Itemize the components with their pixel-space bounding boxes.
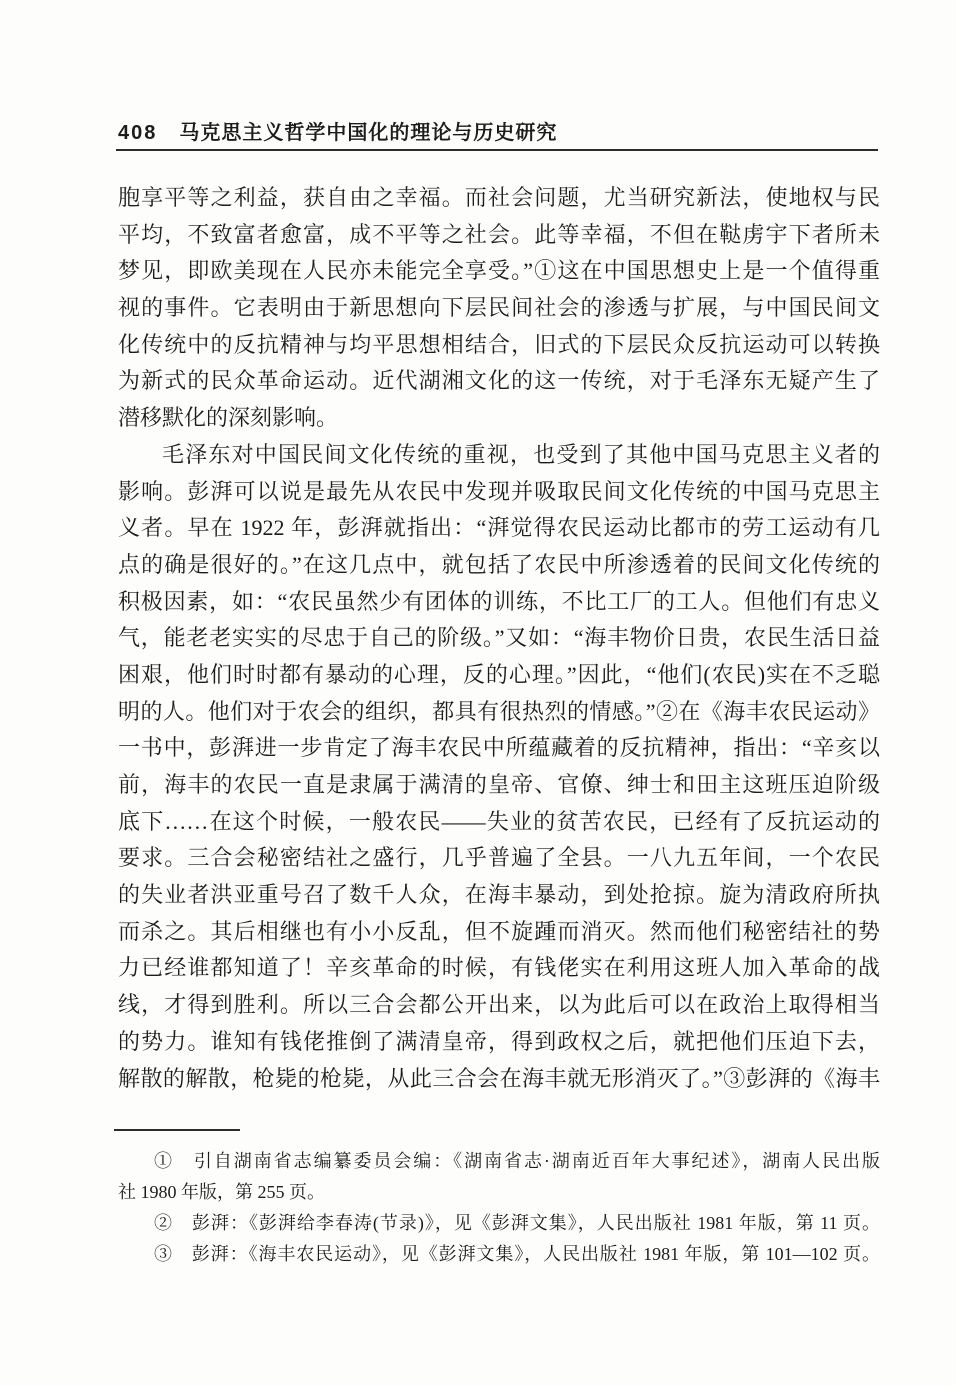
body-text-line: 毛泽东对中国民间文化传统的重视，也受到了其他中国马克思主义者的 bbox=[118, 437, 880, 474]
body-text-line: 梦见，即欧美现在人民亦未能完全享受。”①这在中国思想史上是一个值得重 bbox=[118, 253, 880, 290]
body-text: 胞享平等之利益，获自由之幸福。而社会问题，尤当研究新法，使地权与民 平均，不致富… bbox=[118, 180, 880, 1097]
body-text-line: 前，海丰的农民一直是隶属于满清的皇帝、官僚、绅士和田主这班压迫阶级 bbox=[118, 767, 880, 804]
footnote-line: ① 引自湖南省志编纂委员会编：《湖南省志·湖南近百年大事纪述》，湖南人民出版 bbox=[118, 1146, 880, 1177]
footnote-line: ② 彭湃：《彭湃给李春涛(节录)》，见《彭湃文集》，人民出版社 1981 年版，… bbox=[118, 1208, 880, 1239]
body-text-line: 明的人。他们对于农会的组织，都具有很热烈的情感。”②在《海丰农民运动》 bbox=[118, 694, 880, 731]
body-text-line: 要求。三合会秘密结社之盛行，几乎普遍了全县。一八九五年间，一个农民 bbox=[118, 840, 880, 877]
body-text-line: 线，才得到胜利。所以三合会都公开出来，以为此后可以在政治上取得相当 bbox=[118, 987, 880, 1024]
body-text-line: 潜移默化的深刻影响。 bbox=[118, 400, 880, 437]
header-divider bbox=[116, 149, 878, 151]
body-text-line: 化传统中的反抗精神与均平思想相结合，旧式的下层民众反抗运动可以转换 bbox=[118, 327, 880, 364]
footnote-divider bbox=[114, 1129, 240, 1131]
page-number: 408 bbox=[118, 122, 157, 145]
running-header: 408 马克思主义哲学中国化的理论与历史研究 bbox=[118, 116, 880, 145]
body-text-line: 气，能老老实实的尽忠于自己的阶级。”又如：“海丰物价日贵，农民生活日益 bbox=[118, 620, 880, 657]
body-text-line: 解散的解散，枪毙的枪毙，从此三合会在海丰就无形消灭了。”③彭湃的《海丰 bbox=[118, 1061, 880, 1098]
book-title: 马克思主义哲学中国化的理论与历史研究 bbox=[179, 116, 557, 145]
body-text-line: 平均，不致富者愈富，成不平等之社会。此等幸福，不但在鞑虏宇下者所未 bbox=[118, 217, 880, 254]
body-text-line: 一书中，彭湃进一步肯定了海丰农民中所蕴藏着的反抗精神，指出：“辛亥以 bbox=[118, 730, 880, 767]
body-text-line: 胞享平等之利益，获自由之幸福。而社会问题，尤当研究新法，使地权与民 bbox=[118, 180, 880, 217]
book-page: 408 马克思主义哲学中国化的理论与历史研究 胞享平等之利益，获自由之幸福。而社… bbox=[0, 0, 956, 1385]
body-text-line: 影响。彭湃可以说是最先从农民中发现并吸取民间文化传统的中国马克思主 bbox=[118, 474, 880, 511]
body-text-line: 为新式的民众革命运动。近代湖湘文化的这一传统，对于毛泽东无疑产生了 bbox=[118, 363, 880, 400]
footnotes: ① 引自湖南省志编纂委员会编：《湖南省志·湖南近百年大事纪述》，湖南人民出版 社… bbox=[118, 1146, 880, 1270]
footnote-line: ③ 彭湃：《海丰农民运动》，见《彭湃文集》，人民出版社 1981 年版，第 10… bbox=[118, 1239, 880, 1270]
body-text-line: 点的确是很好的。”在这几点中，就包括了农民中所渗透着的民间文化传统的 bbox=[118, 547, 880, 584]
footnote-line: 社 1980 年版，第 255 页。 bbox=[118, 1177, 880, 1208]
body-text-line: 的失业者洪亚重号召了数千人众，在海丰暴动，到处抢掠。旋为清政府所执 bbox=[118, 877, 880, 914]
body-text-line: 的势力。谁知有钱佬推倒了满清皇帝，得到政权之后，就把他们压迫下去， bbox=[118, 1024, 880, 1061]
body-text-line: 义者。早在 1922 年，彭湃就指出：“湃觉得农民运动比都市的劳工运动有几 bbox=[118, 510, 880, 547]
body-text-line: 力已经谁都知道了！辛亥革命的时候，有钱佬实在利用这班人加入革命的战 bbox=[118, 950, 880, 987]
body-text-line: 而杀之。其后相继也有小小反乱，但不旋踵而消灭。然而他们秘密结社的势 bbox=[118, 914, 880, 951]
body-text-line: 底下……在这个时候，一般农民——失业的贫苦农民，已经有了反抗运动的 bbox=[118, 804, 880, 841]
body-text-line: 视的事件。它表明由于新思想向下层民间社会的渗透与扩展，与中国民间文 bbox=[118, 290, 880, 327]
body-text-line: 困艰，他们时时都有暴动的心理，反的心理。”因此，“他们(农民)实在不乏聪 bbox=[118, 657, 880, 694]
body-text-line: 积极因素，如：“农民虽然少有团体的训练，不比工厂的工人。但他们有忠义 bbox=[118, 584, 880, 621]
